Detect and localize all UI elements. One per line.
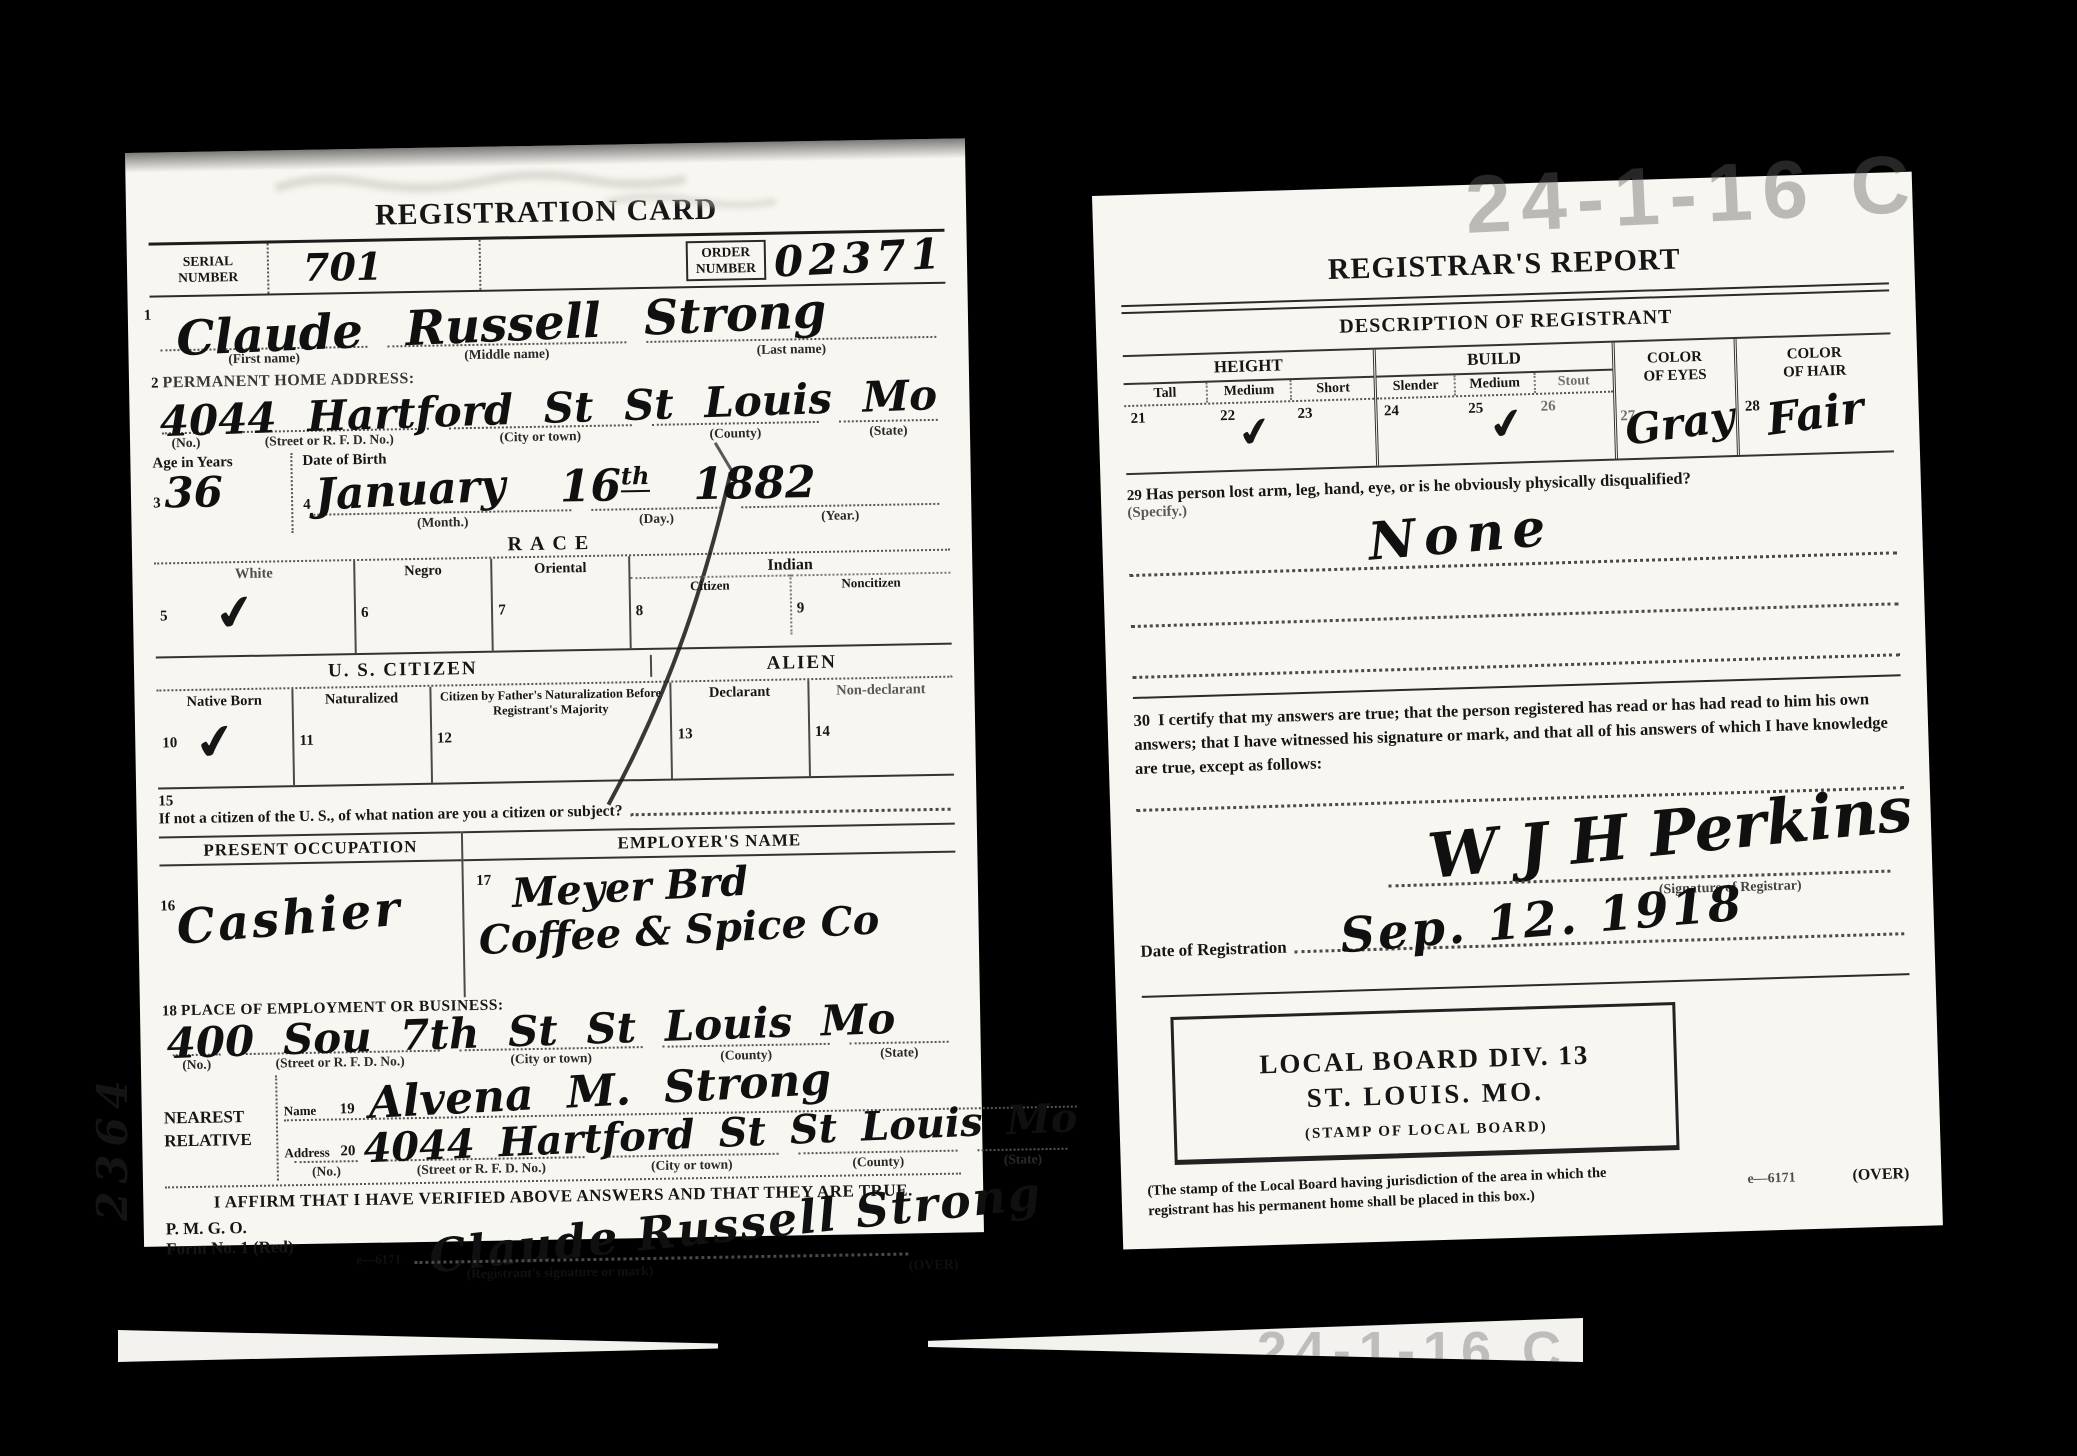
q30-field: 30I certify that my answers are true; th…: [1133, 686, 1903, 781]
native-born-cell: Native Born 10 ✔: [156, 689, 295, 787]
non-declarant-number: 14: [815, 724, 830, 741]
registration-card: REGISTRATION CARD SERIAL NUMBER 701 ORDE…: [125, 138, 984, 1246]
non-declarant-label: Non-declarant: [809, 681, 953, 700]
hair-color-value: Fair: [1765, 386, 1867, 443]
order-number-value: 02371: [773, 233, 946, 284]
relative-address-label: Address: [284, 1144, 340, 1161]
serial-number-label: SERIAL NUMBER: [149, 244, 270, 296]
race-indian-noncitizen-cell: Noncitizen 9: [791, 572, 951, 635]
naturalized-cell: Naturalized 11: [294, 687, 433, 785]
employment-place-field: 18 PLACE OF EMPLOYMENT OR BUSINESS: 400 …: [162, 989, 959, 1074]
race-indian-citizen-number: 8: [636, 603, 644, 620]
answer-line: [1131, 602, 1899, 628]
over-label: (OVER): [909, 1258, 959, 1275]
serial-number-value: 701: [303, 248, 383, 287]
microfilm-scan: REGISTRATION CARD SERIAL NUMBER 701 ORDE…: [0, 0, 2077, 1456]
eye-color-header: COLOR OF EYES: [1614, 339, 1735, 390]
stamp-box-caption: (STAMP OF LOCAL BOARD): [1177, 1115, 1676, 1147]
birth-day-value: 16th: [559, 464, 663, 510]
height-tall-number: 21: [1124, 405, 1208, 428]
height-medium-checkmark: ✔: [1228, 406, 1276, 457]
build-slender-label: Slender: [1377, 375, 1457, 397]
card-footer: P. M. G. O. Form No. 1 (Red) e—6171 Clau…: [166, 1206, 963, 1306]
build-medium-label: Medium: [1456, 373, 1536, 395]
race-table: White 5 ✔ Negro 6 Oriental 7 Indian Citi…: [154, 549, 952, 659]
citizen-by-father-number: 12: [437, 730, 452, 747]
field-number: 16: [160, 898, 175, 915]
hair-color-header: COLOR OF HAIR: [1737, 334, 1892, 386]
build-group: BUILD Slender Medium Stout 24 25✔ 26: [1376, 343, 1617, 466]
race-indian-citizen-label: Citizen: [630, 574, 789, 595]
race-indian-group: Indian Citizen 8 Noncitizen 9: [630, 551, 952, 649]
citizen-by-father-cell: Citizen by Father's Naturalization Befor…: [431, 683, 673, 783]
birth-year-value: 1882: [663, 459, 949, 508]
occupation-employer-row: PRESENT OCCUPATION 16 Cashier EMPLOYER'S…: [159, 823, 958, 1003]
relative-no-sublabel: (No.): [295, 1160, 359, 1180]
relative-county-sublabel: (County): [799, 1150, 958, 1172]
height-group: HEIGHT Tall Medium Short 21 22✔ 23: [1123, 350, 1380, 473]
q29-field: 29 Has person lost arm, leg, hand, eye, …: [1127, 462, 1900, 679]
build-stout-label: Stout: [1535, 371, 1613, 393]
relative-state-sublabel: (State): [978, 1148, 1069, 1169]
citizen-table: Native Born 10 ✔ Naturalized 11 Citizen …: [156, 678, 954, 790]
height-tall-label: Tall: [1124, 383, 1209, 405]
field-number: 3: [153, 495, 161, 511]
next-card-edge-left: [118, 1330, 718, 1362]
field-number: 17: [476, 873, 491, 890]
build-medium-checkmark: ✔: [1478, 396, 1528, 449]
q29-answer: None: [1366, 502, 1555, 569]
height-medium-cell: 22✔: [1208, 402, 1292, 425]
nearest-relative-label: NEAREST RELATIVE: [163, 1076, 277, 1183]
year-sublabel: (Year.): [741, 503, 940, 525]
home-address-field: 2 PERMANENT HOME ADDRESS: 4044 Hartford …: [151, 361, 948, 452]
name-field: 1 Claude Russell Strong (First name) (Mi…: [150, 292, 947, 369]
declarant-cell: Declarant 13: [672, 680, 811, 778]
card-footer: (The stamp of the Local Board having jur…: [1147, 1157, 1916, 1238]
employer-field: EMPLOYER'S NAME 17 Meyer Brd Coffee & Sp…: [463, 823, 957, 998]
native-born-number: 10: [162, 735, 177, 752]
registrars-report-card: 24-1-16 C REGISTRAR'S REPORT DESCRIPTION…: [1092, 172, 1943, 1250]
age-field: Age in Years 3 36: [152, 453, 293, 535]
race-negro-number: 6: [361, 605, 369, 622]
day-sublabel: (Day.): [592, 507, 721, 528]
relative-name-label: Name: [284, 1102, 340, 1119]
occupation-value: Cashier: [175, 879, 465, 952]
next-card-edge-right: 24-1-16 C: [928, 1318, 1583, 1362]
form-code: e—6171: [356, 1251, 401, 1268]
field-number: 19: [340, 1101, 355, 1118]
field-number: 29: [1127, 488, 1142, 504]
description-table: HEIGHT Tall Medium Short 21 22✔ 23 BUILD…: [1123, 332, 1894, 475]
race-white-label: White: [154, 564, 353, 584]
naturalized-label: Naturalized: [294, 690, 430, 709]
us-citizen-header: U. S. CITIZEN: [156, 655, 650, 686]
hair-color-group: COLOR OF HAIR 28 Fair: [1737, 334, 1894, 455]
stamp-instructions: (The stamp of the Local Board having jur…: [1147, 1163, 1618, 1221]
height-short-label: Short: [1292, 378, 1375, 400]
race-indian-citizen-cell: Citizen 8: [630, 574, 792, 637]
registrar-block: W J H Perkins (Signature of Registrar) D…: [1136, 789, 1908, 962]
declarant-number: 13: [678, 726, 693, 743]
race-oriental-number: 7: [498, 602, 506, 619]
form-code: e—6171: [1747, 1170, 1796, 1187]
race-negro-label: Negro: [355, 562, 491, 581]
eye-color-value: Gray: [1622, 396, 1736, 452]
race-oriental-cell: Oriental 7: [492, 556, 631, 650]
field-number: 1: [144, 308, 152, 325]
answer-line: [1132, 653, 1900, 679]
hair-color-number: 28: [1745, 398, 1760, 415]
non-declarant-cell: Non-declarant 14: [809, 678, 954, 776]
race-indian-noncitizen-label: Noncitizen: [791, 572, 950, 593]
home-address-label: PERMANENT HOME ADDRESS:: [162, 370, 414, 391]
build-stout-number: 26: [1534, 393, 1613, 416]
order-number-label: ORDER NUMBER: [686, 240, 767, 281]
field-number: 2: [151, 375, 159, 391]
birth-field: Date of Birth 4 January 16th 1882 (Month…: [292, 442, 949, 533]
q30-text: I certify that my answers are true; that…: [1134, 689, 1888, 778]
race-oriental-label: Oriental: [493, 559, 629, 578]
race-white-cell: White 5 ✔: [154, 561, 357, 656]
alien-header: ALIEN: [649, 650, 952, 677]
native-born-label: Native Born: [156, 692, 292, 711]
race-negro-cell: Negro 6: [355, 559, 494, 653]
film-index-stamp-ghost: 24-1-16 C: [1257, 1320, 1569, 1362]
nearest-relative-section: NEAREST RELATIVE Name 19 Alvena M. Stron…: [163, 1064, 961, 1183]
build-slender-number: 24: [1378, 397, 1457, 420]
race-indian-noncitizen-number: 9: [797, 600, 805, 617]
field-number: 20: [340, 1143, 355, 1160]
age-birth-row: Age in Years 3 36 Date of Birth 4 Januar…: [152, 442, 949, 536]
height-short-number: 23: [1291, 400, 1375, 423]
field-number: 18: [162, 1003, 177, 1019]
local-board-stamp-box: LOCAL BOARD DIV. 13 ST. LOUIS. MO. (STAM…: [1170, 1002, 1679, 1165]
native-born-checkmark: ✔: [191, 715, 240, 770]
naturalized-number: 11: [299, 733, 313, 750]
registrant-signature-sublabel: (Registrant's signature or mark): [466, 1263, 653, 1282]
race-white-checkmark: ✔: [211, 586, 260, 641]
over-label: (OVER): [1852, 1165, 1909, 1185]
citizen-by-father-label: Citizen by Father's Naturalization Befor…: [431, 686, 670, 720]
declarant-label: Declarant: [672, 683, 808, 702]
occupation-field: PRESENT OCCUPATION 16 Cashier: [159, 831, 466, 1002]
occupation-header: PRESENT OCCUPATION: [159, 831, 462, 866]
build-medium-cell: 25✔: [1456, 395, 1535, 418]
height-medium-label: Medium: [1208, 380, 1293, 402]
age-value: 36: [164, 467, 223, 517]
field-number: 4: [303, 497, 311, 514]
eye-color-group: COLOR OF EYES 27 Gray: [1614, 339, 1740, 459]
film-margin-number: 2364: [92, 1072, 134, 1221]
race-white-number: 5: [160, 608, 168, 625]
